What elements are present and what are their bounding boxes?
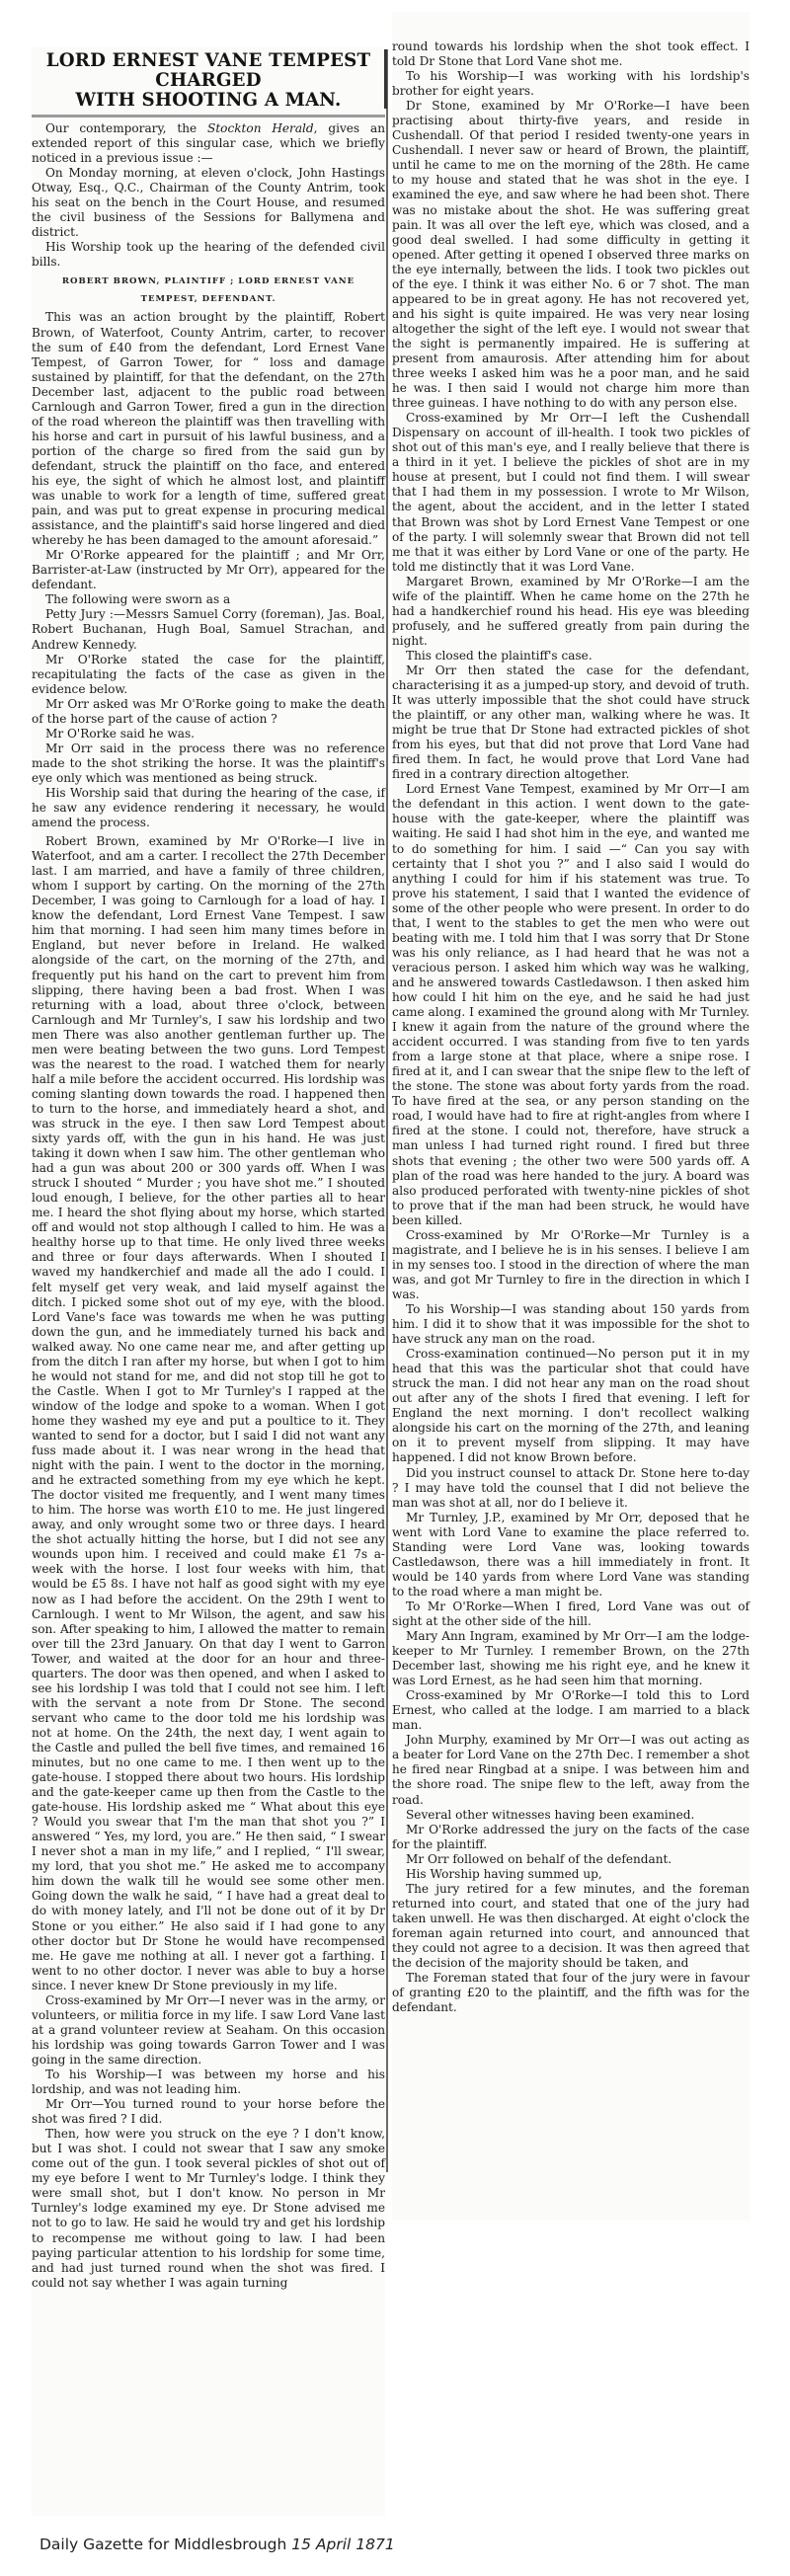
case-heading: ROBERT BROWN, PLAINTIFF ; LORD ERNEST VA… — [32, 273, 385, 308]
paragraph: Mr O'Rorke addressed the jury on the fac… — [392, 1823, 750, 1852]
paragraph: The following were sworn as a — [32, 592, 385, 607]
paragraph: Mr Orr said in the process there was no … — [32, 742, 385, 786]
left-column: LORD ERNEST VANE TEMPEST CHARGED WITH SH… — [32, 47, 385, 2516]
right-column: round towards his lordship when the shot… — [392, 12, 750, 2221]
paragraph: To his Worship—I was standing about 150 … — [392, 1302, 750, 1347]
intro-text-pre: Our contemporary, the — [45, 121, 207, 135]
paragraph: Mr O'Rorke appeared for the plaintiff ; … — [32, 548, 385, 592]
paragraph: round towards his lordship when the shot… — [392, 39, 750, 69]
paragraph: Dr Stone, examined by Mr O'Rorke—I have … — [392, 99, 750, 411]
paragraph: Cross-examined by Mr O'Rorke—I told this… — [392, 1688, 750, 1733]
article-title: LORD ERNEST VANE TEMPEST CHARGED WITH SH… — [32, 47, 385, 115]
paragraph: Mr Orr then stated the case for the defe… — [392, 664, 750, 782]
column-divider-top — [384, 49, 387, 109]
paragraph: The Foreman stated that four of the jury… — [392, 1971, 750, 2015]
right-column-text: round towards his lordship when the shot… — [392, 12, 750, 2015]
paragraph: Mr Orr followed on behalf of the defenda… — [392, 1852, 750, 1867]
title-line-1: LORD ERNEST VANE TEMPEST CHARGED — [34, 51, 383, 91]
paragraph: On Monday morning, at eleven o'clock, Jo… — [32, 166, 385, 240]
paragraph: Mary Ann Ingram, examined by Mr Orr—I am… — [392, 1629, 750, 1688]
paragraph: His Worship having summed up, — [392, 1867, 750, 1882]
paragraph: Cross-examined by Mr O'Rorke—Mr Turnley … — [392, 1228, 750, 1302]
paragraph: Margaret Brown, examined by Mr O'Rorke—I… — [392, 575, 750, 649]
paragraph: Cross-examined by Mr Orr—I left the Cush… — [392, 411, 750, 575]
paragraph: Several other witnesses having been exam… — [392, 1808, 750, 1823]
paragraph: This was an action brought by the plaint… — [32, 310, 385, 548]
paragraph: To his Worship—I was between my horse an… — [32, 2068, 385, 2097]
paragraph: This closed the plaintiff's case. — [392, 649, 750, 664]
paragraph: Mr Orr asked was Mr O'Rorke going to mak… — [32, 697, 385, 727]
paragraph: To his Worship—I was working with his lo… — [392, 69, 750, 99]
paragraph: Mr Orr—You turned round to your horse be… — [32, 2097, 385, 2127]
paragraph: Lord Ernest Vane Tempest, examined by Mr… — [392, 782, 750, 1227]
case-heading-line-2: TEMPEST, DEFENDANT. — [32, 291, 385, 309]
paragraph: Petty Jury :—Messrs Samuel Corry (forema… — [32, 607, 385, 652]
paragraph: His Worship took up the hearing of the d… — [32, 240, 385, 270]
intro-paragraph: Our contemporary, the Stockton Herald, g… — [32, 121, 385, 166]
title-divider — [32, 115, 385, 117]
paragraph: The jury retired for a few minutes, and … — [392, 1882, 750, 1971]
case-heading-line-1: ROBERT BROWN, PLAINTIFF ; LORD ERNEST VA… — [32, 273, 385, 291]
paragraph: Cross-examined by Mr Orr—I never was in … — [32, 1993, 385, 2068]
paragraph: Mr O'Rorke stated the case for the plain… — [32, 653, 385, 697]
paragraph: Mr Turnley, J.P., examined by Mr Orr, de… — [392, 1511, 750, 1600]
publication-date: 15 April 1871 — [291, 2536, 394, 2553]
paragraph: Mr O'Rorke said he was. — [32, 727, 385, 742]
paragraph: John Murphy, examined by Mr Orr—I was ou… — [392, 1733, 750, 1807]
paragraph: To Mr O'Rorke—When I fired, Lord Vane wa… — [392, 1600, 750, 1629]
paragraph: Robert Brown, examined by Mr O'Rorke—I l… — [32, 834, 385, 1993]
paragraph: His Worship said that during the hearing… — [32, 786, 385, 830]
title-line-2: WITH SHOOTING A MAN. — [34, 91, 383, 111]
paragraph: Did you instruct counsel to attack Dr. S… — [392, 1466, 750, 1511]
column-divider — [386, 49, 388, 2172]
publication-name: Daily Gazette for Middlesbrough — [39, 2536, 286, 2553]
left-column-text: Our contemporary, the Stockton Herald, g… — [32, 121, 385, 2291]
image-caption: Daily Gazette for Middlesbrough 15 April… — [39, 2536, 395, 2553]
intro-source-name: Stockton Herald — [207, 121, 314, 135]
paragraph: Cross-examination continued—No person pu… — [392, 1347, 750, 1465]
paragraph: Then, how were you struck on the eye ? I… — [32, 2127, 385, 2291]
